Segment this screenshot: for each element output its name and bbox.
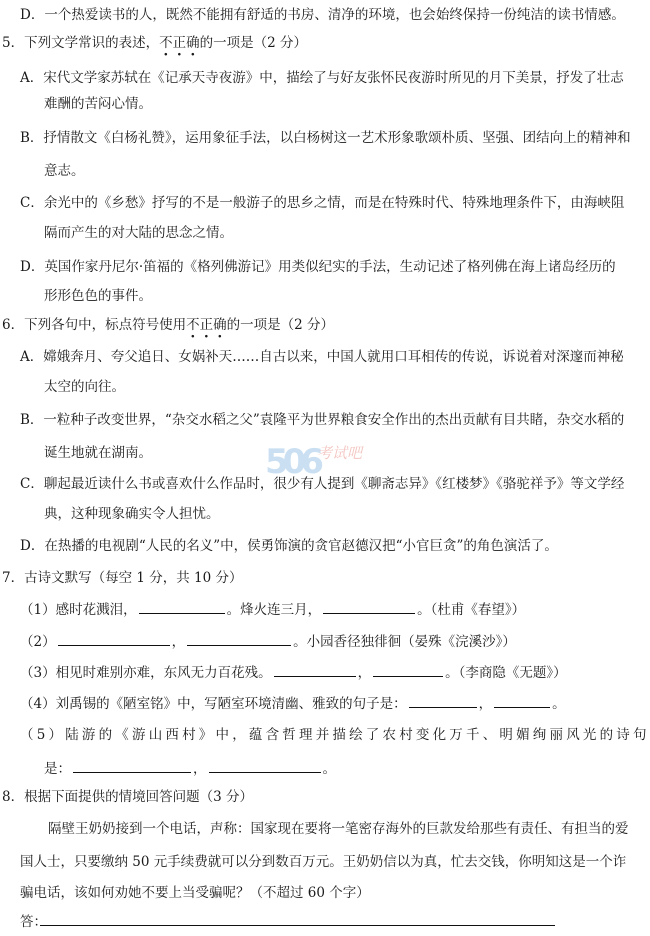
emphasis-char: 不 — [186, 317, 200, 333]
q7-item-5: （5）陆游的《游山西村》中，蕴含哲理并描绘了农村变化万千、明媚绚丽风光的诗句 — [20, 726, 650, 744]
q7-item-4-mid: ， — [479, 696, 493, 712]
q7-item-1-mid: 。烽火连三月， — [227, 602, 322, 618]
answer-label: 答： — [20, 913, 47, 931]
q8-passage-line-1: 隔壁王奶奶接到一个电话，声称：国家现在要将一笔密存海外的巨款发给那些有责任、有担… — [48, 820, 629, 838]
q7-item-2-prefix: （2） — [20, 634, 56, 650]
q7-item-4-suffix: 。 — [552, 696, 566, 712]
emphasis-char: 正 — [200, 317, 214, 333]
q6-option-b-cont: 诞生地就在湖南。 — [44, 444, 152, 462]
q7-item-5-mid: ， — [193, 761, 207, 777]
q6-stem-before: 6．下列各句中，标点符号使用 — [2, 317, 186, 333]
q5-option-b-cont: 意志。 — [44, 162, 85, 180]
q5-option-c: C．余光中的《乡愁》抒写的不是一般游子的思乡之情，而是在特殊时代、特殊地理条件下… — [20, 194, 624, 212]
q5-stem: 5．下列文学常识的表述，不正确的一项是（2 分） — [2, 34, 307, 52]
q5-option-d-cont: 形形色色的事件。 — [44, 287, 152, 305]
q7-item-3: （3）相见时难别亦难，东风无力百花残。，。（李商隐《无题》） — [20, 662, 567, 682]
q6-option-d: D．在热播的电视剧“人民的名义”中，侯勇饰演的贪官赵德汉把“小官巨贪”的角色演活… — [20, 537, 558, 555]
answer-input-line[interactable] — [40, 925, 555, 926]
q8-passage-line-2: 国人士，只要缴纳 50 元手续费就可以分到数百万元。王奶奶信以为真，忙去交钱，你… — [20, 853, 626, 871]
fill-blank[interactable] — [139, 599, 225, 614]
q7-item-2-suffix: 。小园香径独徘徊（晏殊《浣溪沙》） — [293, 634, 516, 650]
fill-blank[interactable] — [373, 662, 443, 677]
fill-blank[interactable] — [187, 631, 291, 646]
fill-blank[interactable] — [409, 693, 477, 708]
q7-item-3-suffix: 。（李商隐《无题》） — [445, 665, 567, 681]
q7-item-4-prefix: （4）刘禹锡的《陋室铭》中，写陋室环境清幽、雅致的句子是： — [20, 696, 407, 712]
q7-item-3-mid: ， — [358, 665, 372, 681]
q5-stem-before: 5．下列文学常识的表述， — [2, 35, 159, 51]
q4-option-d: D．一个热爱读书的人，既然不能拥有舒适的书房、清净的环境，也会始终保持一份纯洁的… — [20, 6, 625, 24]
q6-option-b: B．一粒种子改变世界，“杂交水稻之父”袁隆平为世界粮食安全作出的杰出贡献有目共睹… — [20, 411, 624, 429]
q6-stem-after: 的一项是（2 分） — [227, 317, 334, 333]
q6-option-a-cont: 太空的向往。 — [44, 378, 125, 396]
q6-option-c: C．聊起最近读什么书或喜欢什么作品时，很少有人提到《聊斋志异》《红楼梦》《骆驼祥… — [20, 475, 624, 493]
q5-option-a: A．宋代文学家苏轼在《记承天寺夜游》中，描绘了与好友张怀民夜游时所见的月下美景，… — [20, 69, 624, 87]
q7-item-1-suffix: 。（杜甫《春望》） — [417, 602, 525, 618]
fill-blank[interactable] — [58, 631, 170, 646]
q7-item-3-prefix: （3）相见时难别亦难，东风无力百花残。 — [20, 665, 272, 681]
q6-stem: 6．下列各句中，标点符号使用不正确的一项是（2 分） — [2, 316, 334, 334]
q7-item-1-prefix: （1）感时花溅泪， — [20, 602, 137, 618]
fill-blank[interactable] — [209, 758, 321, 773]
fill-blank[interactable] — [323, 599, 415, 614]
q5-stem-after: 的一项是（2 分） — [200, 35, 307, 51]
emphasis-char: 确 — [186, 35, 200, 51]
q7-item-5-suffix: 。 — [323, 761, 337, 777]
q7-item-4: （4）刘禹锡的《陋室铭》中，写陋室环境清幽、雅致的句子是：，。 — [20, 693, 566, 713]
q5-option-b: B．抒情散文《白杨礼赞》，运用象征手法，以白杨树这一艺术形象歌颂朴质、坚强、团结… — [20, 129, 631, 147]
watermark-logo: 506 考试吧 — [265, 440, 375, 480]
q8-stem: 8．根据下面提供的情境回答问题（3 分） — [2, 788, 253, 806]
emphasis-char: 正 — [173, 35, 187, 51]
q7-item-5-cont: 是：，。 — [44, 758, 336, 778]
q5-option-c-cont: 隔而产生的对大陆的思念之情。 — [44, 224, 233, 242]
q7-stem: 7．古诗文默写（每空 1 分，共 10 分） — [2, 569, 243, 587]
q6-option-c-cont: 典，这种现象确实令人担忧。 — [44, 505, 220, 523]
fill-blank[interactable] — [73, 758, 191, 773]
fill-blank[interactable] — [274, 662, 356, 677]
emphasis-char: 确 — [213, 317, 227, 333]
fill-blank[interactable] — [494, 693, 550, 708]
q7-item-5-prefix: 是： — [44, 761, 71, 777]
q5-option-d: D．英国作家丹尼尔·笛福的《格列佛游记》用类似纪实的手法，生动记述了格列佛在海上… — [20, 258, 616, 276]
watermark-text: 考试吧 — [317, 442, 362, 463]
q6-option-a: A．嫦娥奔月、夸父追日、女娲补天……自古以来，中国人就用口耳相传的传说，诉说着对… — [20, 348, 624, 366]
q8-passage-line-3: 骗电话，该如何劝她不要上当受骗呢？（不超过 60 个字） — [20, 884, 370, 902]
q7-item-1: （1）感时花溅泪，。烽火连三月，。（杜甫《春望》） — [20, 599, 525, 619]
q7-item-2: （2），。小园香径独徘徊（晏殊《浣溪沙》） — [20, 631, 516, 651]
q5-option-a-cont: 难酬的苦闷心情。 — [44, 95, 152, 113]
q7-item-2-mid: ， — [172, 634, 186, 650]
emphasis-char: 不 — [159, 35, 173, 51]
